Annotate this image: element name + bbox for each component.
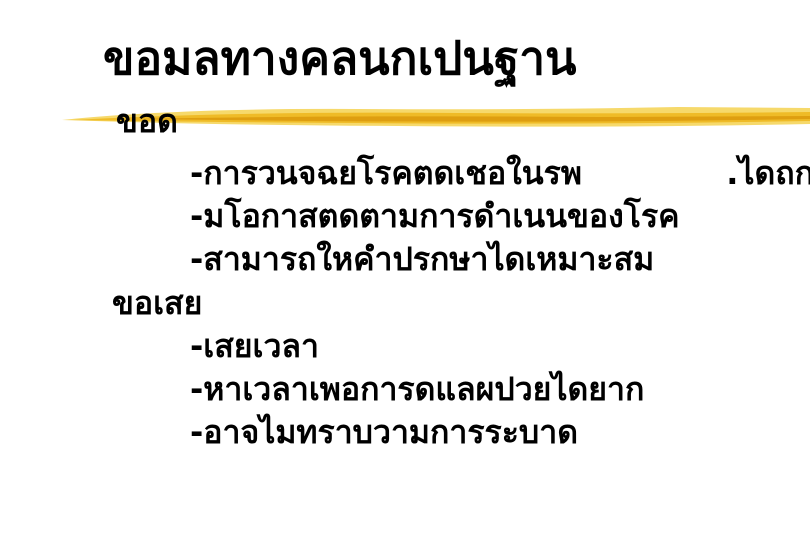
cons-item-3: -อาจไมทราบวามการระบาด — [190, 415, 578, 450]
slide-title: ขอมลทางคลนกเปนฐาน — [103, 32, 576, 85]
cons-item-2: -หาเวลาเพอการดแลผปวยไดยาก — [190, 372, 644, 407]
cons-item-1: -เสยเวลา — [190, 329, 319, 364]
slide: ขอมลทางคลนกเปนฐาน ขอด -การวนจฉยโรคตดเชอใ… — [0, 0, 810, 540]
pros-item-2: -มโอกาสตดตามการดำเนนของโรค — [190, 199, 680, 234]
pros-heading: ขอด — [116, 104, 178, 139]
cons-heading: ขอเสย — [112, 286, 202, 321]
pros-item-1: -การวนจฉยโรคตดเชอในรพ — [190, 156, 582, 191]
pros-item-1-tail: .ไดถก — [726, 156, 810, 191]
pros-item-3: -สามารถใหคำปรกษาไดเหมาะสม — [190, 242, 654, 277]
